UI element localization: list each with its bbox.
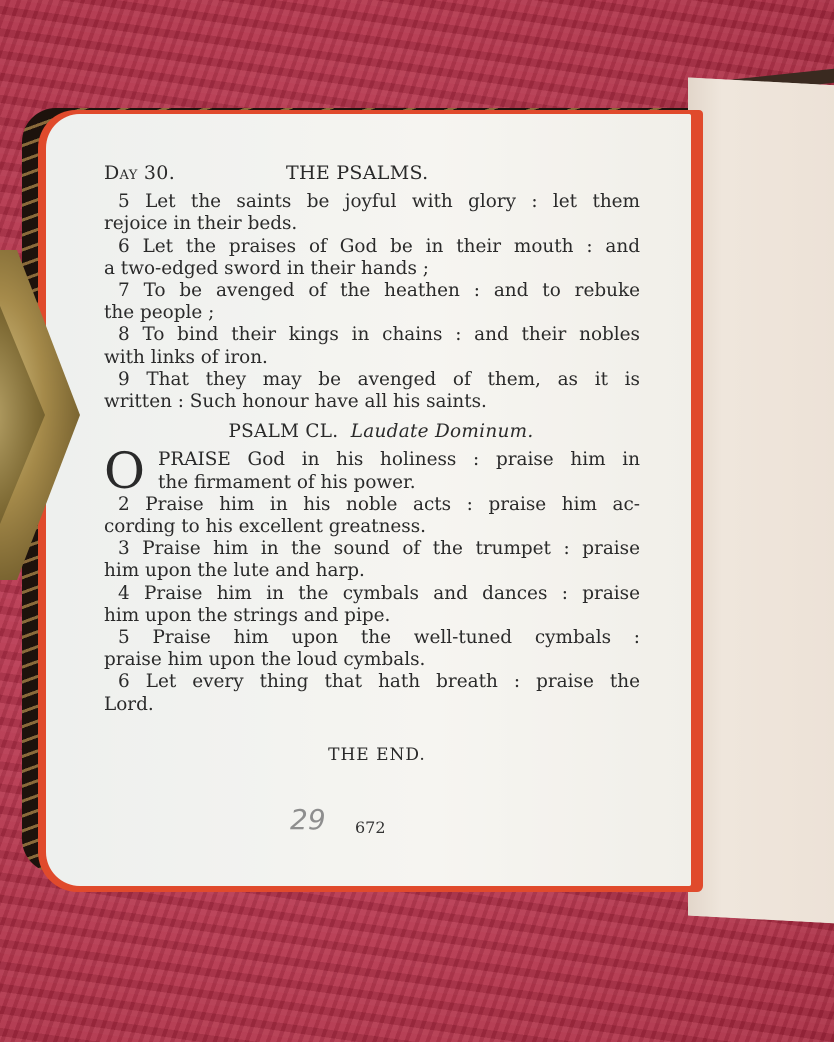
verse-line: rejoice in their beds. bbox=[104, 213, 640, 235]
verse-line: 7 To be avenged of the heathen : and to … bbox=[104, 280, 640, 302]
verse-line: 5 Praise him upon the well-tuned cymbals… bbox=[104, 627, 640, 649]
verse-line: with links of iron. bbox=[104, 347, 640, 369]
page-number: 672 bbox=[355, 818, 386, 837]
drop-cap: O bbox=[104, 449, 145, 493]
verse-line: PRAISE God in his holiness : praise him … bbox=[158, 449, 640, 471]
verse-line: him upon the lute and harp. bbox=[104, 560, 640, 582]
verse-line: 3 Praise him in the sound of the trumpet… bbox=[104, 538, 640, 560]
verse-line: the people ; bbox=[104, 302, 640, 324]
pencil-annotation: 29 bbox=[290, 803, 326, 836]
verse-line: Lord. bbox=[104, 694, 640, 716]
verse-line: 4 Praise him in the cymbals and dances :… bbox=[104, 583, 640, 605]
verse-line: written : Such honour have all his saint… bbox=[104, 391, 640, 413]
psalm-cl-verse-1: O PRAISE God in his holiness : praise hi… bbox=[104, 449, 640, 493]
the-end: THE END. bbox=[104, 744, 640, 766]
verse-line: cording to his excellent greatness. bbox=[104, 516, 640, 538]
psalm-heading: PSALM CL. Laudate Dominum. bbox=[122, 421, 640, 443]
verse-line: 5 Let the saints be joyful with glory : … bbox=[104, 191, 640, 213]
book-title: THE PSALMS. bbox=[286, 162, 428, 184]
psalm-cxlix-verses: 5 Let the saints be joyful with glory : … bbox=[104, 191, 640, 413]
psalm-latin-title: Laudate Dominum. bbox=[351, 421, 534, 442]
verse-line: 8 To bind their kings in chains : and th… bbox=[104, 324, 640, 346]
verse-line: a two-edged sword in their hands ; bbox=[104, 258, 640, 280]
psalm-cl-verses: 2 Praise him in his noble acts : praise … bbox=[104, 494, 640, 716]
right-page-blank bbox=[688, 78, 834, 925]
day-label: Day 30. bbox=[104, 162, 286, 184]
verse-line: 2 Praise him in his noble acts : praise … bbox=[104, 494, 640, 516]
verse-line: 6 Let every thing that hath breath : pra… bbox=[104, 671, 640, 693]
psalm-number: PSALM CL. bbox=[228, 421, 338, 442]
running-head: Day 30. THE PSALMS. bbox=[104, 162, 640, 184]
verse-line: 6 Let the praises of God be in their mou… bbox=[104, 236, 640, 258]
verse-line: praise him upon the loud cymbals. bbox=[104, 649, 640, 671]
verse-line: him upon the strings and pipe. bbox=[104, 605, 640, 627]
verse-line: the firmament of his power. bbox=[158, 472, 640, 494]
verse-line: 9 That they may be avenged of them, as i… bbox=[104, 369, 640, 391]
page-text: Day 30. THE PSALMS. 5 Let the saints be … bbox=[104, 162, 640, 766]
